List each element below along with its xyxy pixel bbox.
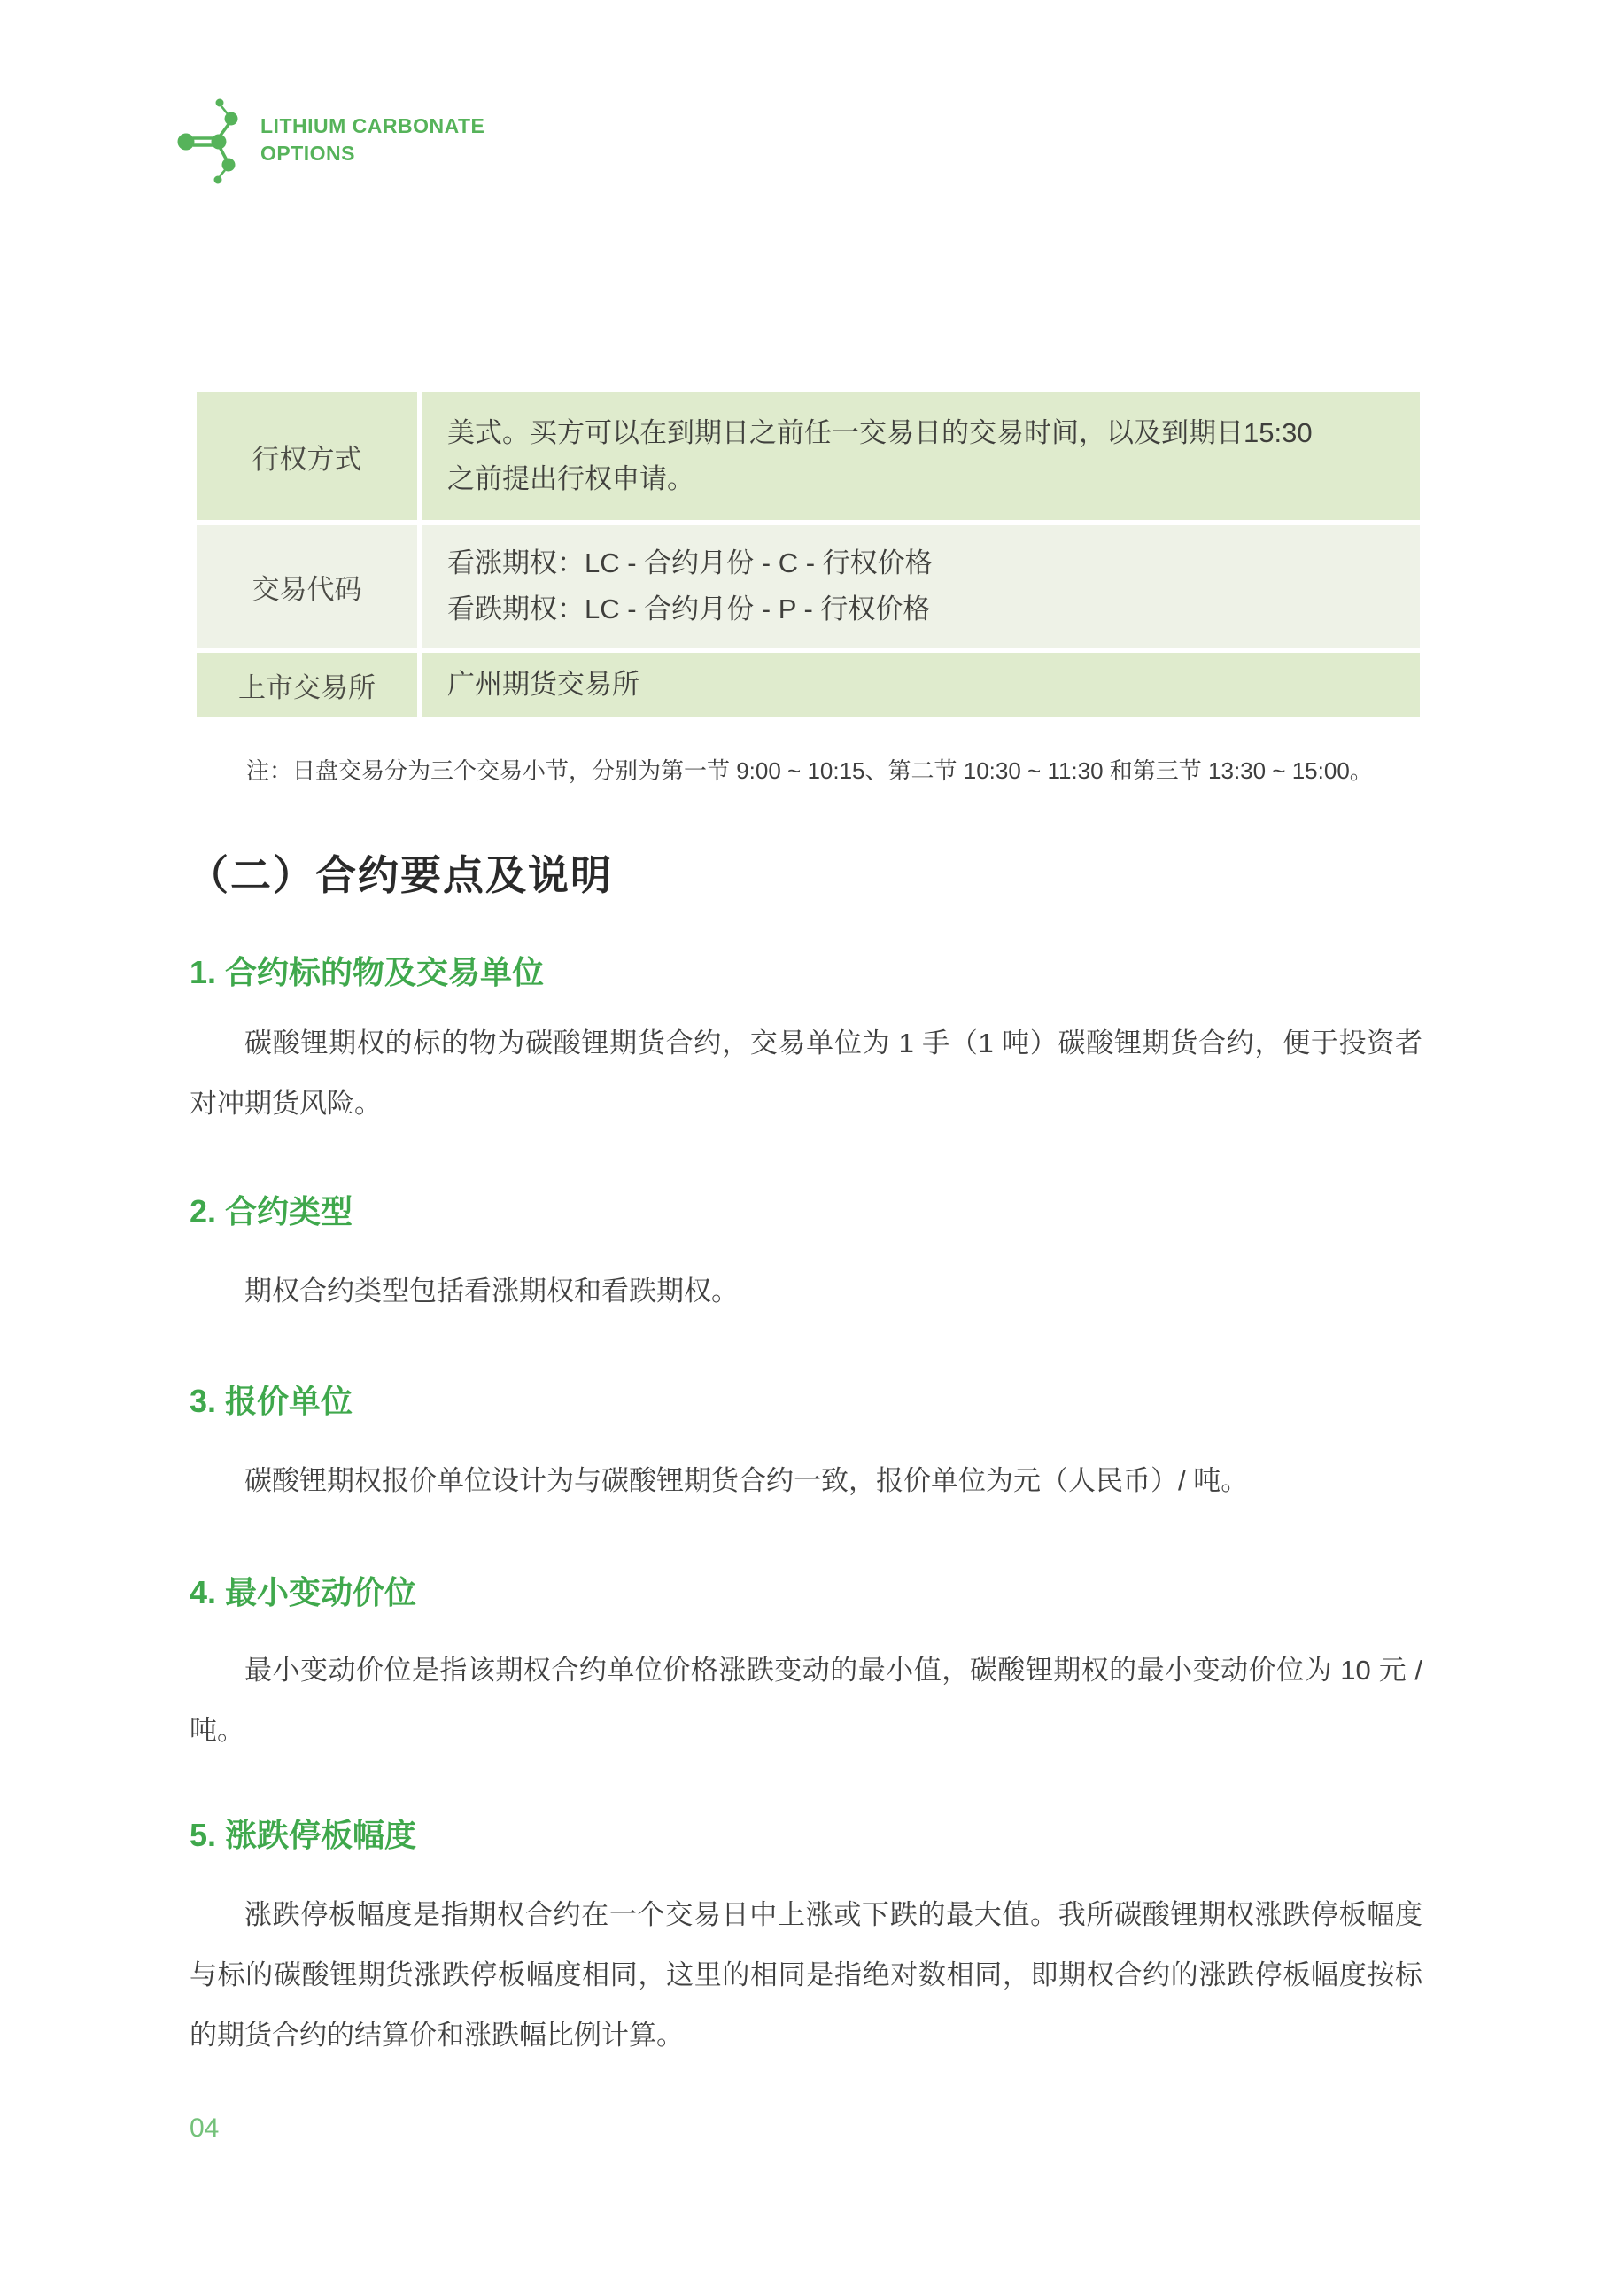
spec-value-line: 看跌期权：LC - 合约月份 - P - 行权价格 <box>447 586 1402 632</box>
spec-row-label-exchange: 上市交易所 <box>197 653 417 717</box>
spec-row-label-trading-code: 交易代码 <box>197 525 417 648</box>
subsection-heading-5: 5. 涨跌停板幅度 <box>190 1811 416 1856</box>
document-page: LITHIUM CARBONATE OPTIONS 行权方式 美式。买方可以在到… <box>0 0 1612 2296</box>
contract-spec-table: 行权方式 美式。买方可以在到期日之前任一交易日的交易时间，以及到期日15:30 … <box>197 392 1420 717</box>
subsection-body-2: 期权合约类型包括看涨期权和看跌期权。 <box>190 1261 1422 1322</box>
subsection-body-4: 最小变动价位是指该期权合约单位价格涨跌变动的最小值，碳酸锂期权的最小变动价位为 … <box>190 1641 1422 1761</box>
subsection-heading-4: 4. 最小变动价位 <box>190 1568 416 1613</box>
molecule-icon <box>174 94 248 186</box>
logo: LITHIUM CARBONATE OPTIONS <box>174 94 484 186</box>
subsection-body-1: 碳酸锂期权的标的物为碳酸锂期货合约，交易单位为 1 手（1 吨）碳酸锂期货合约，… <box>190 1013 1422 1134</box>
spec-value-line: 广州期货交易所 <box>447 662 1402 708</box>
subsection-heading-3: 3. 报价单位 <box>190 1377 353 1422</box>
page-number: 04 <box>190 2114 219 2144</box>
spec-value-line: 美式。买方可以在到期日之前任一交易日的交易时间，以及到期日15:30 <box>447 410 1402 456</box>
spec-value-line: 看涨期权：LC - 合约月份 - C - 行权价格 <box>447 540 1402 586</box>
spec-row-value-trading-code: 看涨期权：LC - 合约月份 - C - 行权价格 看跌期权：LC - 合约月份… <box>422 525 1420 648</box>
subsection-heading-1: 1. 合约标的物及交易单位 <box>190 948 544 993</box>
subsection-body-5: 涨跌停板幅度是指期权合约在一个交易日中上涨或下跌的最大值。我所碳酸锂期权涨跌停板… <box>190 1885 1422 2066</box>
table-note: 注：日盘交易分为三个交易小节，分别为第一节 9:00 ~ 10:15、第二节 1… <box>246 753 1373 786</box>
spec-row-value-exchange: 广州期货交易所 <box>422 653 1420 717</box>
spec-row-value-exercise-style: 美式。买方可以在到期日之前任一交易日的交易时间，以及到期日15:30 之前提出行… <box>422 392 1420 520</box>
logo-title-line1: LITHIUM CARBONATE <box>260 112 484 140</box>
section-title: （二）合约要点及说明 <box>188 843 613 902</box>
logo-title-line2: OPTIONS <box>260 140 484 167</box>
spec-row-label-exercise-style: 行权方式 <box>197 392 417 520</box>
subsection-body-3: 碳酸锂期权报价单位设计为与碳酸锂期货合约一致，报价单位为元（人民币）/ 吨。 <box>190 1451 1422 1511</box>
logo-title: LITHIUM CARBONATE OPTIONS <box>260 112 484 167</box>
subsection-heading-2: 2. 合约类型 <box>190 1187 353 1232</box>
spec-value-line: 之前提出行权申请。 <box>447 456 1402 502</box>
